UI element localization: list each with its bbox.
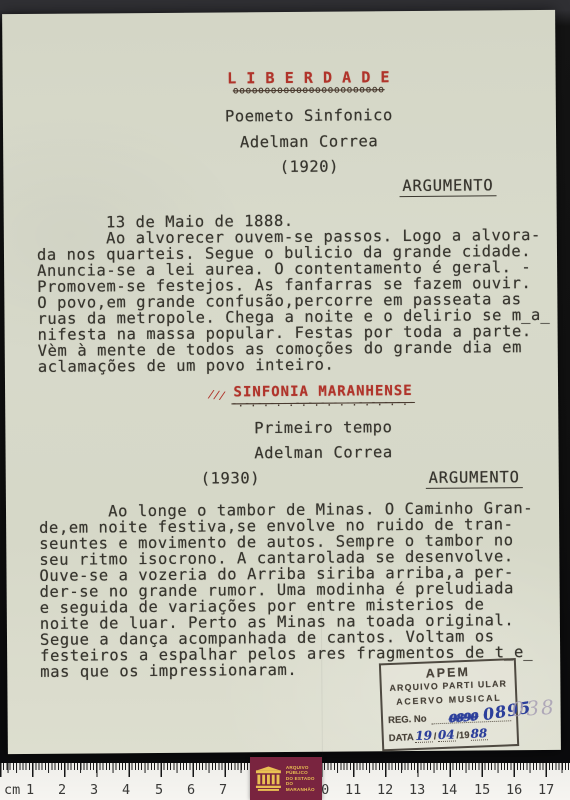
logo-text-line: DO MARANHÃO: [286, 781, 322, 792]
ruler-tick-label: 6: [187, 782, 195, 798]
section2-movement: Primeiro tempo: [78, 418, 568, 438]
ruler-tick-label: 12: [377, 782, 393, 798]
date-day-handwritten: 19: [414, 728, 433, 743]
ruler-tick-label: 5: [155, 782, 163, 798]
section2-author: Adelman Correa: [79, 443, 569, 463]
ruler-tick-label: 7: [219, 782, 227, 798]
section1-author: Adelman Correa: [64, 132, 554, 152]
archive-logo-text: ARQUIVO PÚBLICO DO ESTADO DO MARANHÃO: [286, 765, 322, 793]
section1-subtitle: Poemeto Sinfonico: [64, 106, 554, 126]
ruler-tick-label: 1: [26, 782, 34, 798]
section2-argumento-heading: ARGUMENTO: [425, 468, 522, 489]
ruler-tick-label: 11: [345, 782, 361, 798]
ruler-tick-label: 16: [506, 782, 522, 798]
stamp-reg-row: REG. No 0890 0895: [388, 708, 511, 726]
date-month-handwritten: 04: [437, 727, 456, 742]
ruler-tick-label: 2: [58, 782, 66, 798]
scanned-document-viewer: L I B E R D A D E oooooooooooooooooooooo…: [0, 0, 570, 800]
pencil-catalog-number: 038: [511, 695, 557, 722]
reg-number-crossed-out: 0890: [448, 710, 478, 725]
section2-year: (1930): [201, 470, 260, 486]
stamp-date-label: DATA: [389, 732, 414, 744]
ruler-tick-label: 13: [409, 782, 425, 798]
stamp-reg-label: REG. No: [388, 714, 427, 727]
archive-logo-block: ARQUIVO PÚBLICO DO ESTADO DO MARANHÃO: [250, 757, 322, 800]
section1-argumento-heading: ARGUMENTO: [399, 176, 496, 197]
ruler-tick-label: 15: [474, 782, 490, 798]
stamp-date-row: DATA 19 / 04 /19 88: [388, 725, 511, 744]
ruler-tick-label: 3: [90, 782, 98, 798]
archive-stamp: APEM ARQUIVO PARTI ULAR ACERVO MUSICAL R…: [379, 658, 519, 751]
date-year-handwritten: 88: [470, 726, 487, 741]
ruler-tick-label: 14: [441, 782, 457, 798]
section1-year: (1920): [64, 157, 554, 177]
section2-paragraph: Ao longe o tambor de Minas. O Caminho Gr…: [39, 500, 534, 680]
date-century-printed: /19: [456, 730, 470, 742]
ruler-tick-label: 4: [122, 782, 130, 798]
ruler-unit-label: cm: [4, 782, 20, 798]
ruler: cm 1 2 3 4 5 6 7 10 11 12 13 14 15 16 17: [0, 763, 570, 800]
document-page: L I B E R D A D E oooooooooooooooooooooo…: [2, 10, 561, 754]
typed-content: L I B E R D A D E oooooooooooooooooooooo…: [35, 10, 531, 754]
date-separator: /: [434, 731, 437, 742]
section1-paragraph: 13 de Maio de 1888. Ao alvorecer ouvem-s…: [37, 211, 551, 375]
archive-building-icon: [255, 766, 282, 792]
stamp-reg-field: 0890 0895: [430, 708, 511, 724]
ruler-tick-label: 17: [538, 782, 554, 798]
